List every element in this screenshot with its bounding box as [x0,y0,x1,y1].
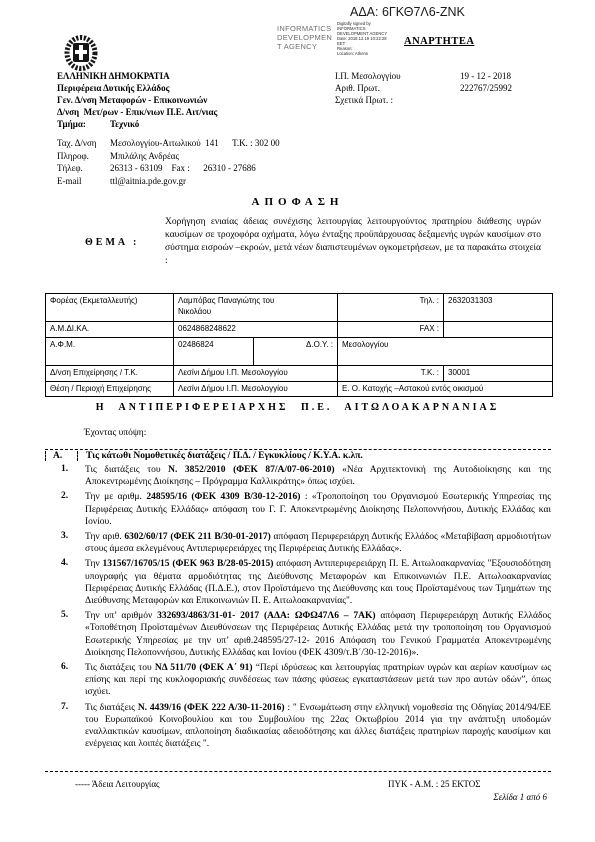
table-cell: 02486824 [174,337,254,365]
list-item-number: 6. [45,662,85,699]
table-cell: Θέση / Περιοχή Επιχείρησης [46,381,174,397]
protocol-row: Σχετικά Πρωτ. : [335,94,512,106]
law-reference: 131567/16705/15 (ΦΕΚ 963 Β/28-05-2015) [103,559,274,569]
item-text-segment: Τις διατάξεις του [85,465,168,475]
list-item-number: 5. [45,610,85,659]
list-item: 4.Την 131567/16705/15 (ΦΕΚ 963 Β/28-05-2… [45,558,551,607]
list-item: 3.Την αριθ. 6302/60/17 (ΦΕΚ 211 Β/30-01-… [45,531,551,555]
list-items-container: 1.Τις διατάξεις του Ν. 3852/2010 (ΦΕΚ 87… [45,464,551,750]
table-cell [444,322,553,338]
table-cell: Τηλ. : [338,294,444,322]
subject-text: Χορήγηση ενιαίας άδειας συνέχισης λειτου… [165,216,541,268]
list-item-text: Την 131567/16705/15 (ΦΕΚ 963 Β/28-05-201… [85,558,551,607]
info-table: Φορέας (Εκμεταλλευτής)Λαμπόβας Παναγιώτη… [45,293,553,397]
table-cell: FAX : [338,322,444,338]
table-cell: 2632031303 [444,294,553,322]
protocol-value: 222767/25992 [460,82,512,94]
business-info-table: Φορέας (Εκμεταλλευτής)Λαμπόβας Παναγιώτη… [45,293,553,397]
item-text-segment: Την με αριθμ. [85,492,146,502]
contact-label: Πληροφ. [57,150,110,163]
list-item-number: 7. [45,702,85,751]
item-text-segment: Τις διατάξεις [85,703,138,713]
table-cell: 30001 [444,365,553,381]
law-reference: 332693/4863/31-01- 2017 (ΑΔΑ: ΩΦΩ47Λ6 – … [157,611,375,621]
item-text-segment: Την υπ’ αριθμόν [85,611,157,621]
table-cell: Δ.Ο.Υ. : [254,337,338,365]
law-reference: ΝΔ 511/70 (ΦΕΚ Α΄ 91) [155,663,253,673]
list-item-text: Την αριθ. 6302/60/17 (ΦΕΚ 211 Β/30-01-20… [85,531,551,555]
list-item-number: 1. [45,464,85,488]
decision-title: ΑΠΟΦΑΣΗ [0,196,595,208]
table-cell: Μεσολογγίου [338,337,553,365]
agency-line: T AGENCY [277,42,332,51]
table-cell: Λεσίνι Δήμου Ι.Π. Μεσολογγίου [174,381,338,397]
protocol-value: 19 - 12 - 2018 [460,70,512,82]
contact-block: Ταχ. Δ/νσηΜεσολογγίου-Αιτωλικού 141 Τ.Κ.… [57,137,280,187]
table-cell: Α.Φ.Μ. [46,337,174,365]
document-page: ΑΔΑ: 6ΓΚΘ7Λ6-ΖΝΚ INFORMATICSDEVELOPMENT … [0,0,595,842]
protocol-row: Αριθ. Πρωτ.222767/25992 [335,82,512,94]
table-cell-text: Λαμπόβας Παναγιώτης του Νικολάου [178,296,300,318]
department-label: Τμήμα: [57,118,110,130]
protocol-row: Ι.Π. Μεσολογγίου19 - 12 - 2018 [335,70,512,82]
contact-value: 26313 - 63109 Fax : 26310 - 27686 [110,162,280,175]
protocol-value [460,94,512,106]
list-item: 1.Τις διατάξεις του Ν. 3852/2010 (ΦΕΚ 87… [45,464,551,488]
section-a-label: Α. [45,451,78,461]
issuing-authority-block: ΕΛΛΗΝΙΚΗ ΔΗΜΟΚΡΑΤΙΑΠεριφέρεια Δυτικής Ελ… [57,70,217,130]
org-line: ΕΛΛΗΝΙΚΗ ΔΗΜΟΚΡΑΤΙΑ [57,70,217,82]
list-item-text: Τις διατάξεις Ν. 4439/16 (ΦΕΚ 222 Α/30-1… [85,702,551,751]
table-row: Δ/νση Επιχείρησης / Τ.Κ.Λεσίνι Δήμου Ι.Π… [46,365,553,381]
contact-value: ttl@aitnia.pde.gov.gr [110,175,280,188]
department-row: Τμήμα: Τεχνικό [57,118,217,130]
department-value: Τεχνικό [110,118,217,130]
legal-references-list: Α. Τις κάτωθι Νομοθετικές διατάξεις / Π.… [45,449,551,750]
authority-heading: Η ΑΝΤΙΠΕΡΙΦΕΡΕΙΑΡΧΗΣ Π.Ε. ΑΙΤΩΛΟΑΚΑΡΝΑΝΙ… [0,402,595,413]
table-cell: Δ/νση Επιχείρησης / Τ.Κ. [46,365,174,381]
org-line: Περιφέρεια Δυτικής Ελλάδος [57,82,217,94]
having-regard-label: Έχοντας υπόψη: [84,428,146,438]
list-item-number: 3. [45,531,85,555]
list-item-text: Την με αριθμ. 248595/16 (ΦΕΚ 4309 Β/30-1… [85,491,551,528]
item-text-segment: Την αριθ. [85,532,124,542]
footer-divider [45,771,551,772]
contact-label: Τήλεφ. [57,162,110,175]
law-reference: Ν. 4439/16 (ΦΕΚ 222 Α/30-11-2016) [138,703,285,713]
protocol-label: Αριθ. Πρωτ. [335,82,460,94]
contact-label: E-mail [57,175,110,188]
table-cell: Τ.Κ. : [338,365,444,381]
section-a-row: Α. Τις κάτωθι Νομοθετικές διατάξεις / Π.… [45,449,551,461]
agency-line: INFORMATICS [277,24,332,33]
list-item: 6.Τις διατάξεις του ΝΔ 511/70 (ΦΕΚ Α΄ 91… [45,662,551,699]
contact-label: Ταχ. Δ/νση [57,137,110,150]
contact-row: Ταχ. Δ/νσηΜεσολογγίου-Αιτωλικού 141 Τ.Κ.… [57,137,280,150]
contact-value: Μπιλάλης Ανδρέας [110,150,280,163]
protocol-label: Ι.Π. Μεσολογγίου [335,70,460,82]
law-reference: Ν. 3852/2010 (ΦΕΚ 87/Α/07-06-2010) [168,465,334,475]
agency-line: DEVELOPMEN [277,33,332,42]
table-cell: Λαμπόβας Παναγιώτης του Νικολάου [174,294,338,322]
law-reference: 6302/60/17 (ΦΕΚ 211 Β/30-01-2017) [124,532,270,542]
list-item: 2.Την με αριθμ. 248595/16 (ΦΕΚ 4309 Β/30… [45,491,551,528]
list-item-text: Τις διατάξεις του Ν. 3852/2010 (ΦΕΚ 87/Α… [85,464,551,488]
digital-signature-details: Digitally signed byINFORMATICSDEVELOPMEN… [337,21,401,56]
item-text-segment: Την [85,559,103,569]
contact-row: Πληροφ.Μπιλάλης Ανδρέας [57,150,280,163]
list-item: 5.Την υπ’ αριθμόν 332693/4863/31-01- 201… [45,610,551,659]
table-cell: Ε. Ο. Κατοχής –Αστακού εντός οικισμού [338,381,553,397]
footer-registry-label: ΠΥΚ - Α.Μ. : 25 ΕΚΤΟΣ [388,779,480,789]
list-item-text: Τις διατάξεις του ΝΔ 511/70 (ΦΕΚ Α΄ 91) … [85,662,551,699]
org-line: Γεν. Δ/νση Μεταφορών - Επικοινωνιών [57,94,217,106]
subject-block: ΘΕΜΑ : Χορήγηση ενιαίας άδειας συνέχισης… [85,216,541,268]
table-row: Θέση / Περιοχή ΕπιχείρησηςΛεσίνι Δήμου Ι… [46,381,553,397]
digital-signature-agency: INFORMATICSDEVELOPMENT AGENCY [277,24,332,51]
table-row: Α.Μ.ΔΙ.ΚΑ.0624868248622FAX : [46,322,553,338]
contact-value: Μεσολογγίου-Αιτωλικού 141 Τ.Κ. : 302 00 [110,137,280,150]
section-a-title: Τις κάτωθι Νομοθετικές διατάξεις / Π.Δ. … [86,451,363,461]
table-row: Α.Φ.Μ.02486824Δ.Ο.Υ. :Μεσολογγίου [46,337,553,365]
list-item: 7.Τις διατάξεις Ν. 4439/16 (ΦΕΚ 222 Α/30… [45,702,551,751]
list-item-number: 2. [45,491,85,528]
table-cell: Λεσίνι Δήμου Ι.Π. Μεσολογγίου [174,365,338,381]
table-cell: Α.Μ.ΔΙ.ΚΑ. [46,322,174,338]
signature-line: Location: Athens [337,51,401,56]
ada-code: ΑΔΑ: 6ΓΚΘ7Λ6-ΖΝΚ [350,5,465,19]
table-cell: Φορέας (Εκμεταλλευτής) [46,294,174,322]
contact-row: Τήλεφ.26313 - 63109 Fax : 26310 - 27686 [57,162,280,175]
anartitea-label: ΑΝΑΡΤΗΤΕΑ [404,36,474,47]
page-number: Σελίδα 1 από 6 [493,792,547,802]
list-item-number: 4. [45,558,85,607]
list-item-text: Την υπ’ αριθμόν 332693/4863/31-01- 2017 … [85,610,551,659]
footer-license-label: ----- Άδεια Λειτουργίας [75,779,160,789]
subject-label: ΘΕΜΑ : [85,237,165,248]
table-row: Φορέας (Εκμεταλλευτής)Λαμπόβας Παναγιώτη… [46,294,553,322]
law-reference: 248595/16 (ΦΕΚ 4309 Β/30-12-2016) [146,492,300,502]
item-text-segment: Τις διατάξεις του [85,663,155,673]
table-cell: 0624868248622 [174,322,338,338]
protocol-block: Ι.Π. Μεσολογγίου19 - 12 - 2018Αριθ. Πρωτ… [335,70,512,106]
contact-row: E-mailttl@aitnia.pde.gov.gr [57,175,280,188]
org-line: Δ/νση Μετ/ρων - Επικ/νιων Π.Ε. Αιτ/νιας [57,106,217,118]
protocol-label: Σχετικά Πρωτ. : [335,94,460,106]
